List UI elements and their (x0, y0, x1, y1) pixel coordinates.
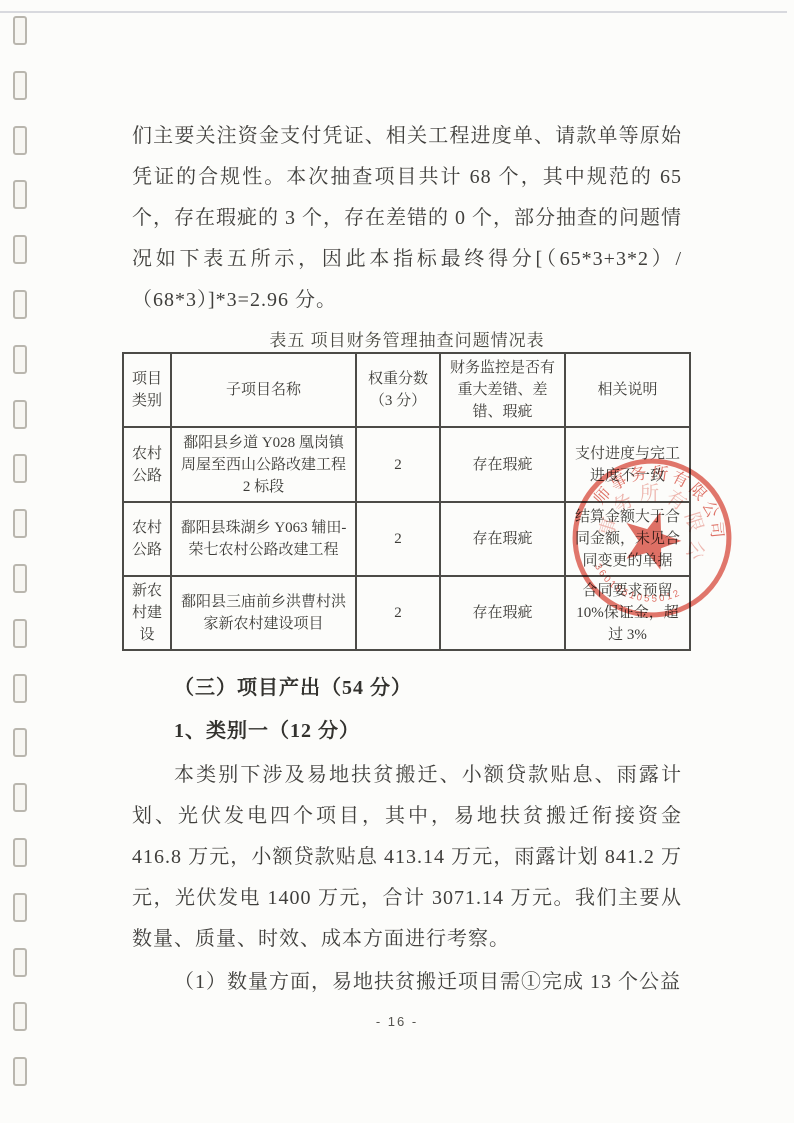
scan-edge-line (0, 11, 787, 13)
binding-hole (13, 509, 27, 538)
binding-hole (13, 619, 27, 648)
table-cell: 存在瑕疵 (440, 502, 565, 576)
paragraph-category: 本类别下涉及易地扶贫搬迁、小额贷款贴息、雨露计划、光伏发电四个项目，其中，易地扶… (132, 755, 682, 960)
binding-hole (13, 838, 27, 867)
binding-hole (13, 180, 27, 209)
table-cell: 农村公路 (123, 502, 171, 576)
column-header: 权重分数（3 分） (356, 353, 440, 427)
table-row: 农村公路鄱阳县乡道 Y028 凰岗镇周屋至西山公路改建工程 2 标段2存在瑕疵支… (123, 427, 690, 502)
table-cell: 2 (356, 427, 440, 502)
binding-hole (13, 345, 27, 374)
column-header: 项目类别 (123, 353, 171, 427)
binding-hole (13, 290, 27, 319)
binding-hole (13, 674, 27, 703)
paragraph-quantity: （1）数量方面，易地扶贫搬迁项目需①完成 13 个公益 (132, 962, 682, 1003)
column-header: 相关说明 (565, 353, 690, 427)
table-title: 表五 项目财务管理抽查问题情况表 (132, 326, 682, 351)
table-cell: 2 (356, 502, 440, 576)
table-cell: 2 (356, 576, 440, 650)
table-cell: 鄱阳县珠湖乡 Y063 辅田-荣七农村公路改建工程 (171, 502, 356, 576)
table-row: 新农村建设鄱阳县三庙前乡洪曹村洪家新农村建设项目2存在瑕疵合同要求预留 10%保… (123, 576, 690, 650)
table-header-row: 项目类别子项目名称权重分数（3 分）财务监控是否有重大差错、差错、瑕疵相关说明 (123, 353, 690, 427)
table-cell: 农村公路 (123, 427, 171, 502)
column-header: 子项目名称 (171, 353, 356, 427)
table-cell: 存在瑕疵 (440, 576, 565, 650)
binding-hole (13, 564, 27, 593)
table-cell: 新农村建设 (123, 576, 171, 650)
table-cell: 结算金额大于合同金额，未见合同变更的单据 (565, 502, 690, 576)
table-cell: 支付进度与完工进度不一致 (565, 427, 690, 502)
section-heading: （三）项目产出（54 分） (174, 671, 412, 700)
binding-hole (13, 454, 27, 483)
paragraph-intro: 们主要关注资金支付凭证、相关工程进度单、请款单等原始凭证的合规性。本次抽查项目共… (132, 116, 682, 321)
scanned-document-page: 们主要关注资金支付凭证、相关工程进度单、请款单等原始凭证的合规性。本次抽查项目共… (0, 0, 794, 1123)
page-number: - 16 - (0, 1014, 794, 1029)
column-header: 财务监控是否有重大差错、差错、瑕疵 (440, 353, 565, 427)
binding-hole (13, 235, 27, 264)
finance-spotcheck-table: 项目类别子项目名称权重分数（3 分）财务监控是否有重大差错、差错、瑕疵相关说明 … (122, 352, 691, 651)
table-cell: 鄱阳县三庙前乡洪曹村洪家新农村建设项目 (171, 576, 356, 650)
binding-hole (13, 948, 27, 977)
table-cell: 存在瑕疵 (440, 427, 565, 502)
binding-hole (13, 728, 27, 757)
table-cell: 鄱阳县乡道 Y028 凰岗镇周屋至西山公路改建工程 2 标段 (171, 427, 356, 502)
binding-hole (13, 16, 27, 45)
binding-hole (13, 71, 27, 100)
table-row: 农村公路鄱阳县珠湖乡 Y063 辅田-荣七农村公路改建工程2存在瑕疵结算金额大于… (123, 502, 690, 576)
binding-hole (13, 783, 27, 812)
binding-hole (13, 400, 27, 429)
binding-hole (13, 893, 27, 922)
binding-hole (13, 126, 27, 155)
table-cell: 合同要求预留 10%保证金，超过 3% (565, 576, 690, 650)
subsection-heading: 1、类别一（12 分） (174, 714, 360, 743)
binding-hole (13, 1057, 27, 1086)
